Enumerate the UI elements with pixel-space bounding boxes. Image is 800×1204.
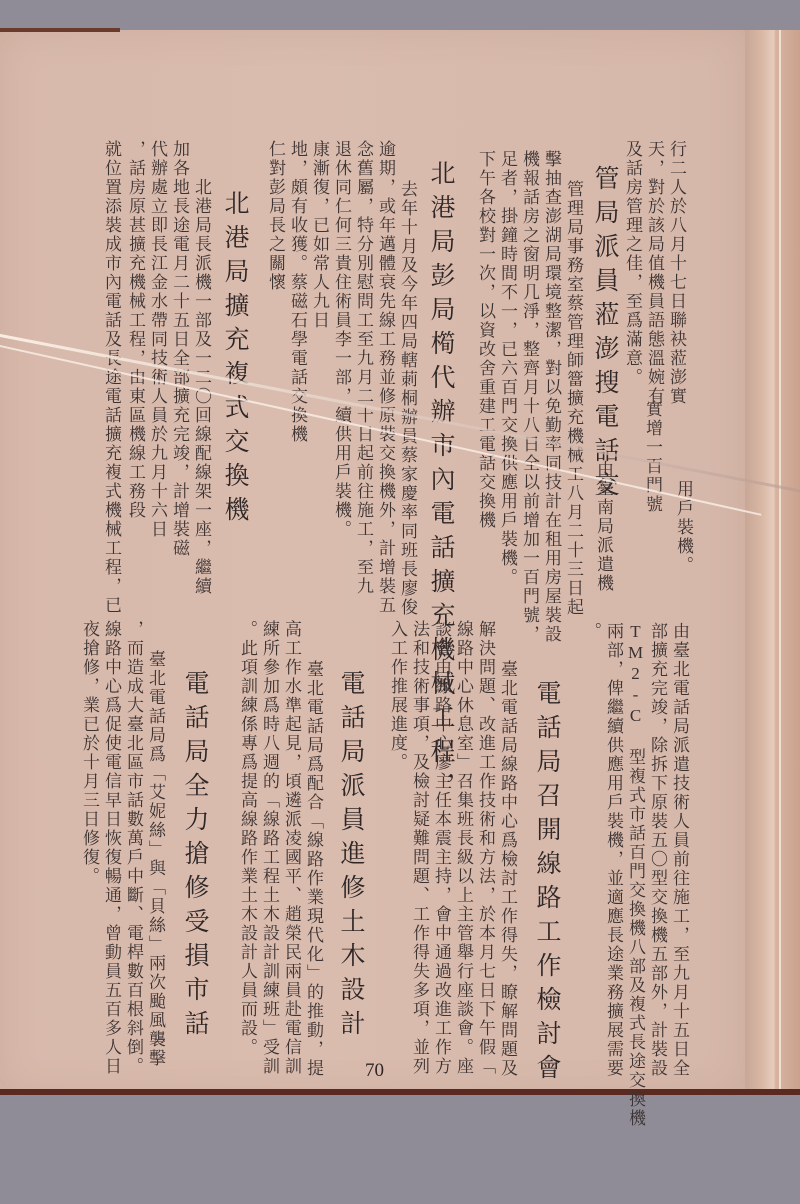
text-column: 代辦處立即長江金水帶同技術人員於九月十六日 (146, 140, 168, 539)
headline-beigang-exchange: 北港局擴充複式交換機 (220, 190, 250, 530)
text-column: 仁對彭局長之關懷 (264, 140, 286, 292)
text-column: 。此項訓練係專爲提高線路作業土木設計人員而設。 (236, 620, 258, 1057)
text-column: 臺北電話局線路中心爲檢討工作得失，瞭解問題及 (496, 660, 518, 1078)
text-column: TM2-C 型複式市話百門交換機八部及複式長途交換機 (624, 622, 646, 1128)
text-column: 練所參加爲時八週的「線路工程土木設計訓練班」受訓 (258, 620, 280, 1076)
text-column: 及話房管理之佳，至爲滿意。 (621, 140, 643, 387)
text-column: 臺北電話局爲「艾妮絲」與「貝絲」兩次颱風襲擊 (144, 650, 166, 1068)
text-column: 康漸復，已如常人九日 (308, 140, 330, 330)
text-column: 法和技術事項，及檢討疑難問題、工作得失多項，並列 (408, 620, 430, 1076)
text-column: 去年十月及今年四局轄莿桐辦員蔡家慶率同班長廖俊 (396, 180, 418, 617)
headline-emergency-repair: 電話局全力搶修受損市話 (180, 670, 210, 1044)
text-column: 解決問題、改進工作技術和方法，於本月七日下午假「 (474, 620, 496, 1076)
text-column: 管理局事務室蔡管理師簹擴充機械工八月二十三日起 (562, 180, 584, 617)
text-column: 。 (580, 622, 602, 641)
text-column: 部擴充完竣，除拆下原裝五〇型交換機五部外，計裝設 (646, 622, 668, 1078)
text-column: 入工作推展進度。 (386, 620, 408, 772)
fore-edge-line (779, 30, 781, 1095)
text-column: 念舊屬，特分別慰問工至九月二十日起前往施工，至九 (352, 140, 374, 596)
headline-civil-design-training: 電話局派員進修土木設計 (336, 670, 366, 1044)
text-column: 兩部，俾繼續供應用戶裝機，並適應長途業務擴展需要 (602, 622, 624, 1078)
text-column: 高工作水準起見，頃遴派凌國平、趙榮民兩員赴電信訓 (280, 620, 302, 1076)
text-column: 就位置添裝成市內電話及長途電話擴充複式機械工程，已 (100, 140, 122, 615)
text-column: 行二人於八月十七日聯袂蒞澎實 (665, 140, 687, 406)
text-column: 逾期，或年邁體衰先線工務並修原裝交換機外，計增裝五 (374, 140, 396, 615)
text-column: 線路中心爲促使電信早日恢復暢通，曾動員五百多人日 (100, 620, 122, 1076)
page-bottom-edge (0, 1089, 800, 1095)
page-top-edge (0, 28, 120, 32)
page-number: 70 (365, 1060, 384, 1082)
text-column: 線路中心休息室」召集班長級以上主管舉行座談會。座 (452, 620, 474, 1076)
text-column: 足者，掛鐘時間不一，已六百門交換供應用戶裝機。 (496, 150, 518, 587)
headline-line-work-meeting: 電話局召開線路工作檢討會 (532, 680, 562, 1088)
text-column: 擊抽查澎湖局環境整潔，對以免勤率同技計在租用房屋裝設 (540, 150, 562, 644)
book-fore-edge (745, 30, 800, 1095)
text-column: 地，頗有收獲。蔡磁石學電話交換機 (286, 140, 308, 444)
text-column: 實增一百門號 (641, 400, 663, 514)
text-column: 由臺北電話局派遣技術人員前往施工，至九月十五日全 (668, 622, 690, 1078)
text-column: 談會由線路中心廖主任本震主持，會中通過改進工作方 (430, 620, 452, 1076)
text-column: 下午各校對一次，以資改舍重建工電話交換機 (474, 150, 496, 530)
text-column: ，而造成大臺北區市話數萬戶中斷、電桿數百根斜倒。 (122, 620, 144, 1076)
text-column: 加各地長途電月二十五日全部擴充完竣，計增裝磁 (168, 140, 190, 558)
text-column: 夜搶修，業已於十月三日修復。 (78, 620, 100, 886)
text-column: 臺北電話局爲配合「線路作業現代化」的推動，提 (302, 660, 324, 1078)
text-column: ，話房原甚擴充機械工程，由東區機線工務段 (124, 140, 146, 520)
text-column: 天，對於該局值機員語態溫婉有 (643, 140, 665, 406)
text-column: 退休同仁何三貴住術員李一部，續供用戶裝機。 (330, 140, 352, 539)
text-column: 機報話房之窗明几淨，整齊月十八日全以前增加一百門號， (518, 150, 540, 644)
